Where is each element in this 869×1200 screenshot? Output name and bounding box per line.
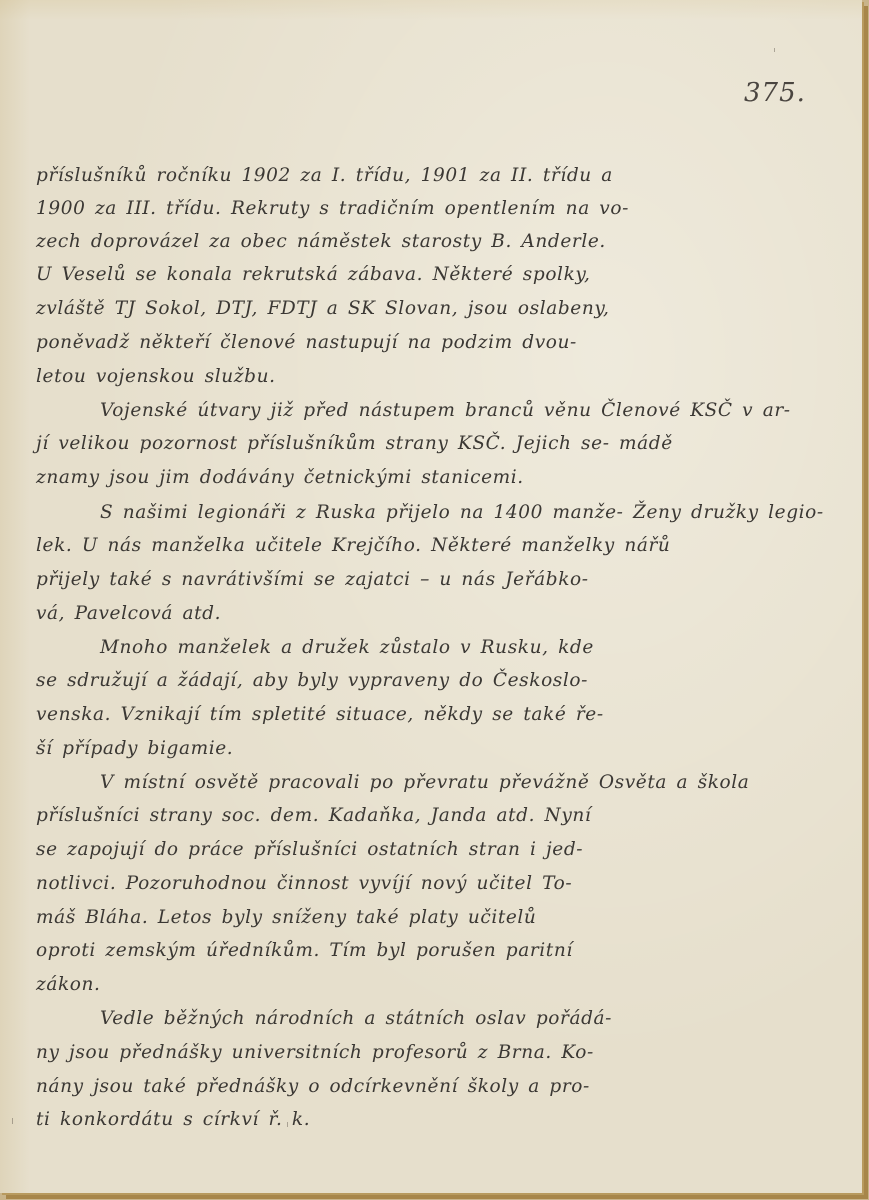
handwritten-line: V místní osvětě pracovali po převratu př…: [100, 772, 749, 793]
handwritten-line: ti konkordátu s církví ř. k.: [36, 1109, 310, 1130]
handwritten-line: Mnoho manželek a družek zůstalo v Rusku,…: [100, 637, 594, 658]
handwritten-line: oproti zemským úředníkům. Tím byl poruše…: [36, 940, 573, 961]
handwritten-line: Vedle běžných národních a státních oslav…: [100, 1008, 612, 1029]
handwritten-line: přijely také s navrátivšími se zajatci –…: [36, 569, 589, 590]
handwritten-line: lek. U nás manželka učitele Krejčího. Ně…: [36, 535, 670, 556]
handwritten-line: vá, Pavelcová atd.: [36, 603, 221, 624]
page-number: 375.: [744, 78, 806, 108]
handwritten-line: zech doprovázel za obec náměstek starost…: [36, 231, 606, 252]
handwritten-line: ny jsou přednášky universitních profesor…: [36, 1042, 594, 1063]
handwritten-line: se zapojují do práce příslušníci ostatní…: [36, 839, 583, 860]
handwritten-line: letou vojenskou službu.: [36, 366, 276, 387]
handwritten-line: S našimi legionáři z Ruska přijelo na 14…: [100, 502, 824, 523]
handwritten-line: U Veselů se konala rekrutská zábava. Něk…: [36, 264, 590, 285]
handwritten-line: příslušníci strany soc. dem. Kadaňka, Ja…: [36, 805, 591, 826]
handwritten-line: Vojenské útvary již před nástupem branců…: [100, 400, 791, 421]
handwritten-line: máš Bláha. Letos byly sníženy také platy…: [36, 907, 536, 928]
handwritten-line: se sdružují a žádají, aby byly vypraveny…: [36, 670, 588, 691]
handwritten-line: notlivci. Pozoruhodnou činnost vyvíjí no…: [36, 873, 572, 894]
paper-speck: [287, 1122, 288, 1127]
handwritten-line: 1900 za III. třídu. Rekruty s tradičním …: [36, 198, 629, 219]
handwritten-line: znamy jsou jim dodávány četnickými stani…: [36, 467, 524, 488]
handwritten-line: zákon.: [36, 974, 101, 995]
handwritten-line: ší případy bigamie.: [36, 738, 233, 759]
handwritten-line: zvláště TJ Sokol, DTJ, FDTJ a SK Slovan,…: [36, 298, 609, 319]
handwritten-line: venska. Vznikají tím spletité situace, n…: [36, 704, 604, 725]
handwritten-page: 375. příslušníků ročníku 1902 za I. tříd…: [0, 0, 862, 1193]
handwritten-line: příslušníků ročníku 1902 za I. třídu, 19…: [36, 165, 613, 186]
handwritten-line: nány jsou také přednášky o odcírkevnění …: [36, 1076, 590, 1097]
handwritten-line: poněvadž někteří členové nastupují na po…: [36, 332, 577, 353]
paper-speck: [12, 1118, 13, 1124]
paper-speck: [774, 48, 775, 52]
handwritten-line: jí velikou pozornost příslušníkům strany…: [36, 433, 673, 454]
